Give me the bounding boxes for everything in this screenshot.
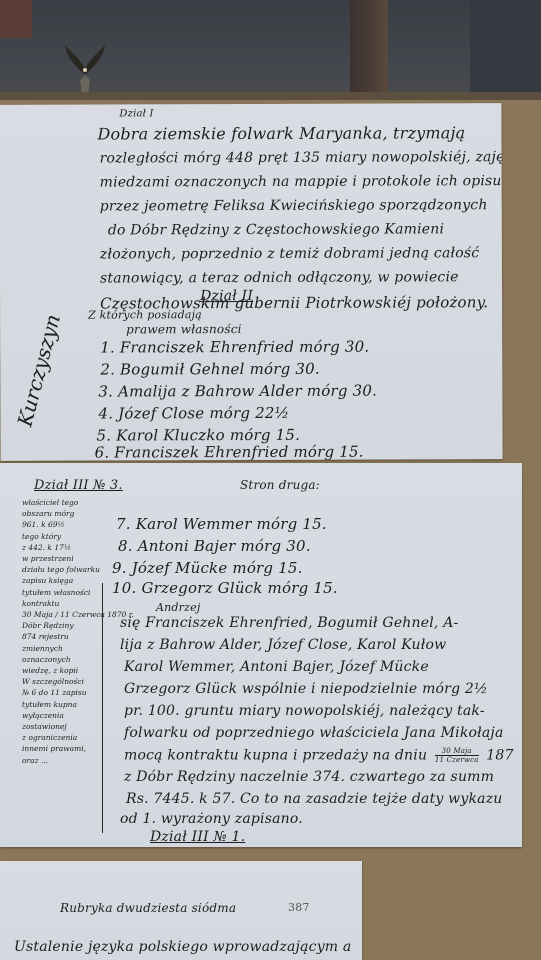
owner-row: 5. Karol Kluczko mórg 15.: [97, 426, 301, 445]
owner-name: Grzegorz Glück: [141, 579, 262, 597]
header-fragment: Dział I: [119, 108, 153, 119]
owner-unit: mórg: [268, 579, 309, 597]
owner-name: Karol Wemmer: [136, 515, 252, 533]
margin-note: kontraktu: [22, 598, 104, 609]
margin-note: wyłączenia: [22, 710, 104, 721]
page-heading: Stron druga:: [240, 478, 320, 492]
owner-number: 4.: [98, 404, 113, 422]
owner-number: 7.: [116, 515, 131, 533]
margin-note: W szczególności: [22, 676, 104, 687]
body-line: rozległości mórg 448 pręt 135 miary nowo…: [100, 149, 503, 166]
owner-amount: 22½: [255, 404, 289, 422]
body-line: Karol Wemmer, Antoni Bajer, Józef Mücke: [124, 659, 429, 675]
owner-amount: 15.: [276, 426, 301, 444]
margin-note: 30 Maja / 11 Czerwca 1870 r.: [22, 609, 104, 620]
margin-note: tytułem kupna: [22, 699, 104, 710]
owner-amount: 30.: [345, 338, 370, 356]
picture-frame-corner: [0, 0, 32, 38]
owner-number: 10.: [112, 579, 136, 597]
owner-amount: 15.: [278, 559, 302, 577]
margin-note: wiedzę, z kopii: [22, 665, 104, 676]
margin-note: z 442. k 17½: [22, 542, 104, 553]
owner-unit: mórg: [232, 559, 273, 577]
document-page-2: Dział III № 3. Stron druga: właściciel t…: [0, 463, 522, 847]
owner-row: 8. Antoni Bajer mórg 30.: [118, 537, 311, 555]
margin-note: tego który: [22, 531, 104, 542]
owner-unit: mórg: [293, 443, 334, 461]
section-intro: Z których posiadają: [88, 308, 202, 321]
margin-note: oznaczonych: [22, 654, 104, 665]
corner-label: Dział III № 3.: [34, 478, 123, 493]
owner-amount: 15.: [302, 515, 326, 533]
owner-row: 3. Amalija z Bahrow Alder mórg 30.: [98, 382, 377, 401]
owner-row: 10. Grzegorz Glück mórg 15.: [112, 579, 338, 597]
owner-row: 1. Franciszek Ehrenfried mórg 30.: [100, 338, 369, 357]
owner-name: Bogumił Gehnel: [120, 360, 245, 378]
document-page-3: Rubryka dwudziesta siódma 387 Ustalenie …: [0, 861, 362, 960]
background-wall-right: [470, 0, 541, 94]
body-text: mocą kontraktu kupna i przedaży na dniu: [124, 748, 427, 764]
body-line: złożonych, poprzednio z temiż dobrami je…: [100, 245, 479, 262]
owner-amount: 30.: [286, 537, 310, 555]
body-line: się Franciszek Ehrenfried, Bogumił Gehne…: [120, 615, 458, 631]
owner-row: 9. Józef Mücke mórg 15.: [112, 559, 303, 577]
owner-number: 8.: [118, 537, 133, 555]
owner-number: 6.: [95, 443, 110, 460]
body-line: stanowiący, a teraz odnich odłączony, w …: [100, 269, 459, 286]
body-line: folwarku od poprzedniego właściciela Jan…: [124, 725, 504, 741]
owner-unit: mórg: [241, 537, 282, 555]
body-line: Dobra ziemskie folwark Maryanka, trzymaj…: [97, 123, 465, 143]
owner-unit: mórg: [307, 382, 348, 400]
owner-number: 9.: [112, 559, 127, 577]
body-line: Rs. 7445. k 57. Co to na zasadzie tejże …: [126, 791, 503, 807]
owner-name: Józef Mücke: [132, 559, 228, 577]
body-line: lija z Bahrow Alder, Józef Close, Karol …: [120, 637, 446, 653]
date-year: 187: [486, 748, 513, 764]
owner-number: 2.: [100, 360, 115, 378]
margin-note: № 6 do 11 zapisu: [22, 687, 104, 698]
owner-amount: 15.: [339, 443, 364, 461]
page-heading: Rubryka dwudziesta siódma: [60, 901, 236, 915]
owner-name: Karol Kluczko: [116, 426, 225, 444]
footer-title: Dział III № 1.: [150, 829, 245, 845]
section-title: Dział II: [200, 288, 253, 304]
owner-unit: mórg: [209, 404, 250, 422]
margin-signature: Kurczyszyn: [12, 312, 65, 429]
margin-notes: właściciel tego obszaru mórg 961. k 69½ …: [22, 497, 104, 766]
insertion-note: Andrzej: [156, 601, 200, 614]
margin-note: oraz ...: [22, 755, 104, 766]
owner-name: Antoni Bajer: [138, 537, 236, 555]
margin-note: 874 rejestru: [22, 631, 104, 642]
body-line: z Dóbr Rędziny naczelnie 374. czwartego …: [124, 769, 494, 785]
owner-name: Franciszek Ehrenfried: [114, 443, 288, 461]
margin-note: obszaru mórg: [22, 508, 104, 519]
owner-amount: 15.: [313, 579, 337, 597]
owner-name: Amalija z Bahrow Alder: [118, 382, 302, 401]
margin-note: właściciel tego: [22, 497, 104, 508]
section-intro: prawem własności: [126, 322, 242, 336]
body-line: do Dóbr Rędziny z Częstochowskiego Kamie…: [108, 221, 444, 238]
margin-note: zostawionej: [22, 721, 104, 732]
body-line: miedzami oznaczonych na mappie i protoko…: [100, 173, 502, 190]
owner-row: 7. Karol Wemmer mórg 15.: [116, 515, 327, 533]
margin-note: innemi prawami,: [22, 743, 104, 754]
owner-number: 3.: [98, 382, 113, 400]
margin-note: działu tego folwarku: [22, 564, 104, 575]
owner-name: Józef Close: [118, 404, 204, 422]
page-number: 387: [288, 901, 310, 914]
document-page-1: Dział I Dobra ziemskie folwark Maryanka,…: [0, 103, 503, 461]
wooden-door-post: [350, 0, 388, 94]
body-line: Grzegorz Glück wspólnie i niepodzielnie …: [124, 681, 488, 697]
owner-unit: mórg: [250, 360, 291, 378]
owner-row: 2. Bogumił Gehnel mórg 30.: [100, 360, 320, 379]
body-line: Ustalenie języka polskiego wprowadzający…: [14, 939, 351, 955]
owner-amount: 30.: [353, 382, 378, 400]
owner-unit: mórg: [230, 426, 271, 444]
body-line: mocą kontraktu kupna i przedaży na dniu …: [124, 747, 514, 764]
body-line: od 1. wyrażony zapisano.: [120, 811, 303, 827]
owner-name: Franciszek Ehrenfried: [120, 338, 294, 357]
body-line: pr. 100. gruntu miary nowopolskiéj, nale…: [124, 703, 485, 719]
date-bottom: 11 Czerwca: [435, 756, 479, 764]
margin-note: zmiennych: [22, 643, 104, 654]
date-top: 30 Maja: [435, 747, 479, 756]
margin-note: w przestrzeni: [22, 553, 104, 564]
margin-note: Dóbr Rędziny: [22, 620, 104, 631]
margin-note: zapisu księga: [22, 575, 104, 586]
owner-unit: mórg: [257, 515, 298, 533]
angel-figurine-icon: [60, 35, 110, 100]
owner-row: 6. Franciszek Ehrenfried mórg 15.: [95, 443, 364, 461]
margin-divider-line: [102, 583, 110, 833]
body-line: przez jeometrę Feliksa Kwiecińskiego spo…: [100, 197, 488, 214]
owner-unit: mórg: [299, 338, 340, 356]
date-fraction: 30 Maja 11 Czerwca: [435, 747, 479, 764]
owner-number: 5.: [97, 426, 112, 444]
owner-amount: 30.: [295, 360, 320, 378]
margin-note: tytułem własności: [22, 587, 104, 598]
owner-row: 4. Józef Close mórg 22½: [98, 404, 289, 423]
margin-note: 961. k 69½: [22, 519, 104, 530]
margin-note: z ograniczenia: [22, 732, 104, 743]
owner-number: 1.: [100, 338, 115, 356]
